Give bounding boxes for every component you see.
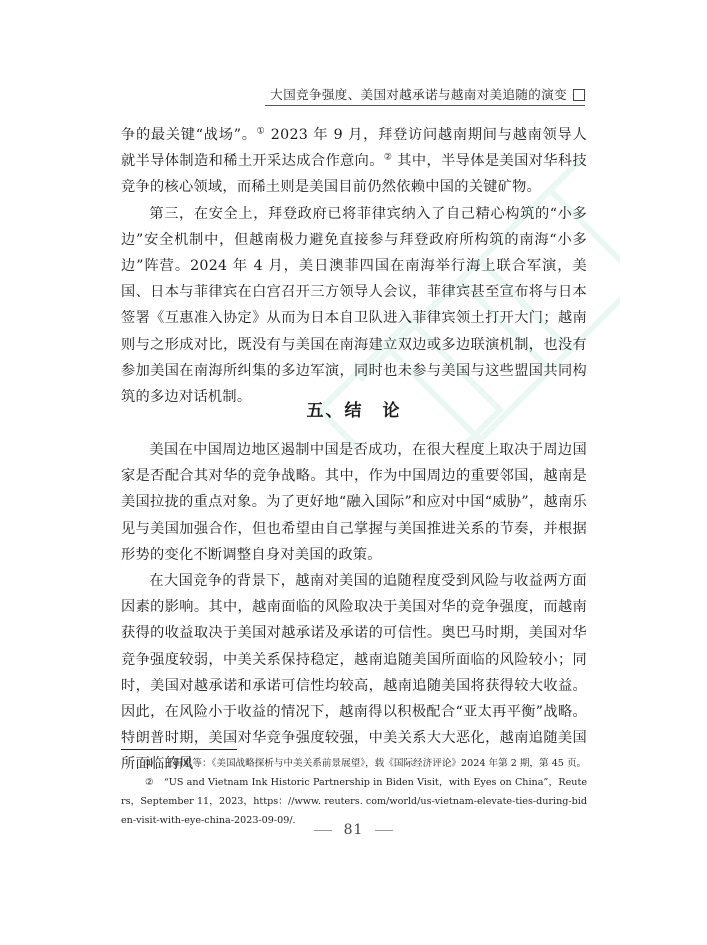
page-number: 81 (0, 822, 707, 838)
paragraph-text: 争的最关键“战场”。 (121, 127, 257, 143)
running-header: 大国竞争强度、美国对越承诺与越南对美追随的演变 (265, 84, 585, 106)
paragraph-continuation: 争的最关键“战场”。① 2023 年 9 月，拜登访问越南期间与越南领导人就半导… (121, 122, 587, 201)
paragraph-conclusion-1: 美国在中国周边地区遏制中国是否成功，在很大程度上取决于周边国家是否配合其对华的竞… (121, 437, 587, 568)
footnote-1: ①王辑思等：《美国战略探析与中美关系前景展望》，载《国际经济评论》2024 年第… (121, 754, 587, 773)
footnote-mark: ② (145, 777, 154, 788)
footnotes: ①王辑思等：《美国战略探析与中美关系前景展望》，载《国际经济评论》2024 年第… (121, 754, 587, 830)
running-header-title: 大国竞争强度、美国对越承诺与越南对美追随的演变 (270, 85, 567, 103)
body-text-top: 争的最关键“战场”。① 2023 年 9 月，拜登访问越南期间与越南领导人就半导… (121, 122, 587, 410)
page-number-value: 81 (344, 822, 364, 838)
body-text-conclusion: 美国在中国周边地区遏制中国是否成功，在很大程度上取决于周边国家是否配合其对华的竞… (121, 437, 587, 778)
footnote-ref-1[interactable]: ① (257, 126, 266, 136)
footnote-text: 王辑思等：《美国战略探析与中美关系前景展望》，载《国际经济评论》2024 年第 … (164, 758, 587, 769)
paragraph-conclusion-2: 在大国竞争的背景下，越南对美国的追随程度受到风险与收益两方面因素的影响。其中，越… (121, 568, 587, 778)
footnote-text: “US and Vietnam Ink Historic Partnership… (121, 777, 587, 826)
section-heading: 五、结 论 (121, 396, 587, 421)
footnote-mark: ① (145, 758, 154, 769)
dash-right (375, 830, 393, 831)
footnote-divider (121, 749, 237, 750)
square-marker-icon (573, 89, 585, 101)
dash-left (314, 830, 332, 831)
paragraph-security: 第三，在安全上，拜登政府已将菲律宾纳入了自己精心构筑的“小多边”安全机制中，但越… (121, 201, 587, 411)
